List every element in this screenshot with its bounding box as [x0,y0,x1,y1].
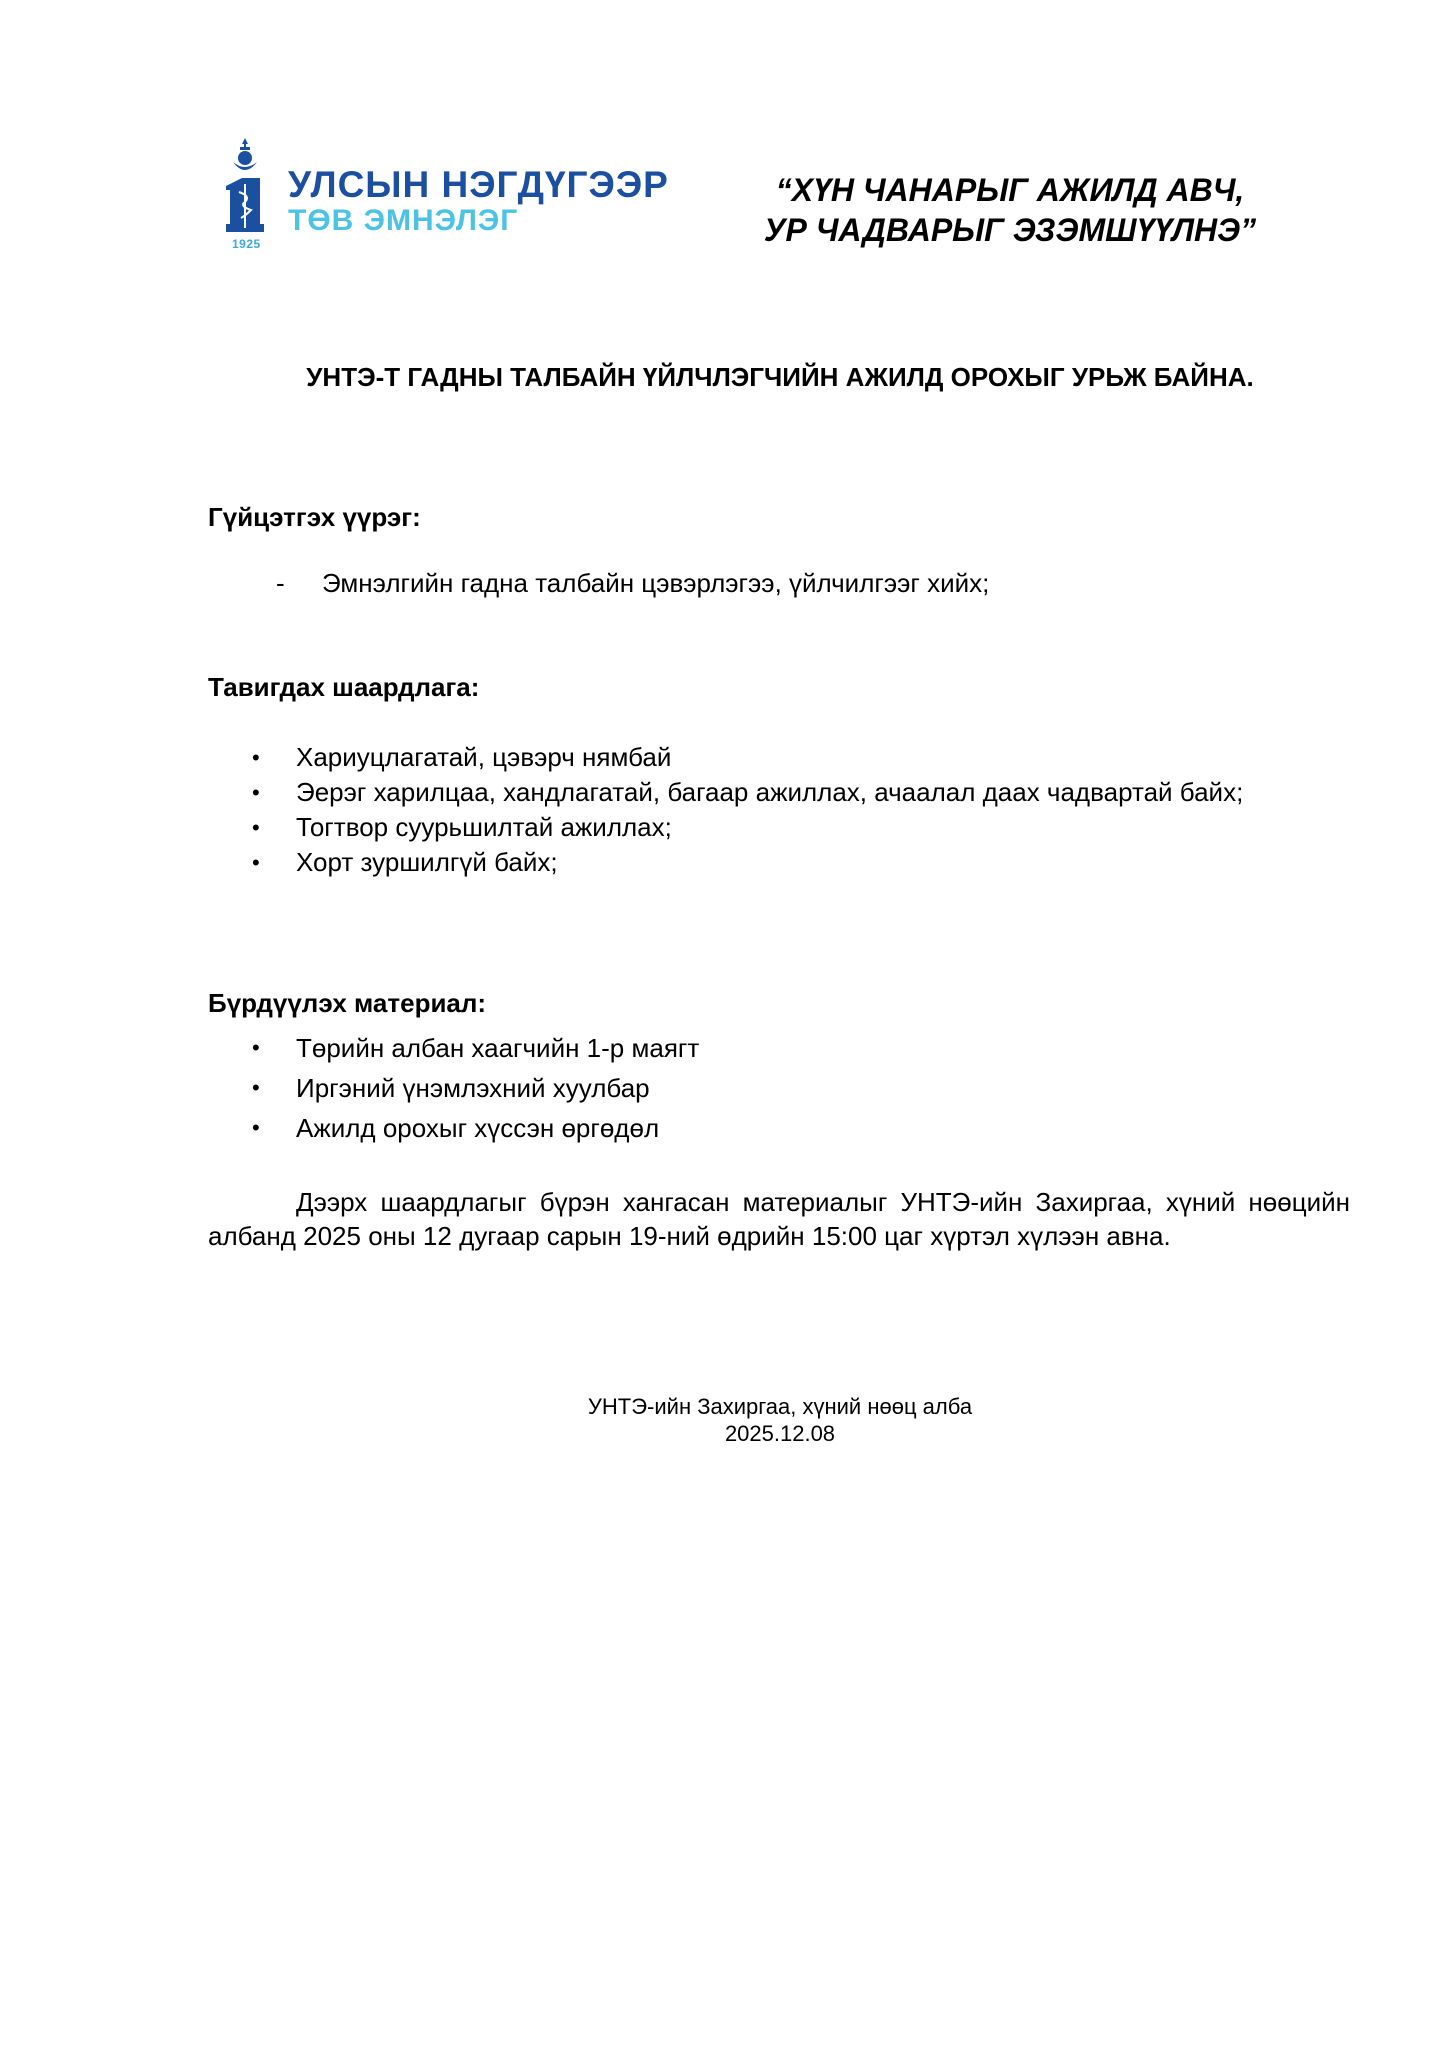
bullet-marker: • [252,1028,260,1068]
signature-department: УНТЭ-ийн Захиргаа, хүний нөөц алба [460,1393,1100,1420]
requirements-heading: Тавигдах шаардлага: [208,672,479,703]
material-text: Ажилд орохыг хүссэн өргөдөл [296,1113,659,1143]
motto: “ХҮН ЧАНАРЫГ АЖИЛД АВЧ, УР ЧАДВАРЫГ ЭЗЭМ… [730,170,1290,250]
bullet-marker: • [252,1108,260,1148]
material-text: Иргэний үнэмлэхний хуулбар [296,1073,650,1103]
logo-title-line1: УЛСЫН НЭГДҮГЭЭР [288,164,669,206]
bullet-marker: • [252,845,260,880]
list-item: • Төрийн албан хаагчийн 1-р маягт [208,1028,1350,1068]
list-item: • Хорт зуршилгүй байх; [208,845,1350,880]
bullet-marker: • [252,775,260,810]
duty-text: Эмнэлгийн гадна талбайн цэвэрлэгээ, үйлч… [322,568,989,598]
materials-list: • Төрийн албан хаагчийн 1-р маягт • Иргэ… [208,1028,1350,1148]
list-item: • Эерэг харилцаа, хандлагатай, багаар аж… [208,775,1350,810]
motto-line2: УР ЧАДВАРЫГ ЭЗЭМШҮҮЛНЭ” [730,210,1290,250]
list-item: • Иргэний үнэмлэхний хуулбар [208,1068,1350,1108]
document-title: УНТЭ-Т ГАДНЫ ТАЛБАЙН ҮЙЛЧЛЭГЧИЙН АЖИЛД О… [200,362,1360,393]
hospital-logo: 1925 УЛСЫН НЭГДҮГЭЭР ТӨВ ЭМНЭЛЭГ [222,136,682,256]
logo-year: 1925 [232,237,261,251]
submission-paragraph: Дээрх шаардлагыг бүрэн хангасан материал… [208,1185,1350,1253]
signature-date: 2025.12.08 [460,1420,1100,1447]
requirement-text: Тогтвор суурьшилтай ажиллах; [296,812,672,842]
requirement-text: Хариуцлагатай, цэвэрч нямбай [296,742,671,772]
list-item: - Эмнэлгийн гадна талбайн цэвэрлэгээ, үй… [208,566,1348,600]
requirement-text: Хорт зуршилгүй байх; [296,847,558,877]
bullet-marker: • [252,740,260,775]
duties-heading: Гүйцэтгэх үүрэг: [208,502,421,533]
list-item: • Хариуцлагатай, цэвэрч нямбай [208,740,1350,775]
list-item: • Тогтвор суурьшилтай ажиллах; [208,810,1350,845]
bullet-marker: • [252,1068,260,1108]
signature-block: УНТЭ-ийн Захиргаа, хүний нөөц алба 2025.… [460,1393,1100,1447]
list-item: • Ажилд орохыг хүссэн өргөдөл [208,1108,1350,1148]
dash-marker: - [276,566,285,600]
materials-heading: Бүрдүүлэх материал: [208,988,486,1019]
material-text: Төрийн албан хаагчийн 1-р маягт [296,1033,699,1063]
motto-line1: “ХҮН ЧАНАРЫГ АЖИЛД АВЧ, [730,170,1290,210]
logo-title-line2: ТӨВ ЭМНЭЛЭГ [288,204,518,238]
requirements-list: • Хариуцлагатай, цэвэрч нямбай • Эерэг х… [208,740,1350,880]
duties-list: - Эмнэлгийн гадна талбайн цэвэрлэгээ, үй… [208,566,1348,600]
bullet-marker: • [252,810,260,845]
requirement-text: Эерэг харилцаа, хандлагатай, багаар ажил… [296,777,1243,807]
